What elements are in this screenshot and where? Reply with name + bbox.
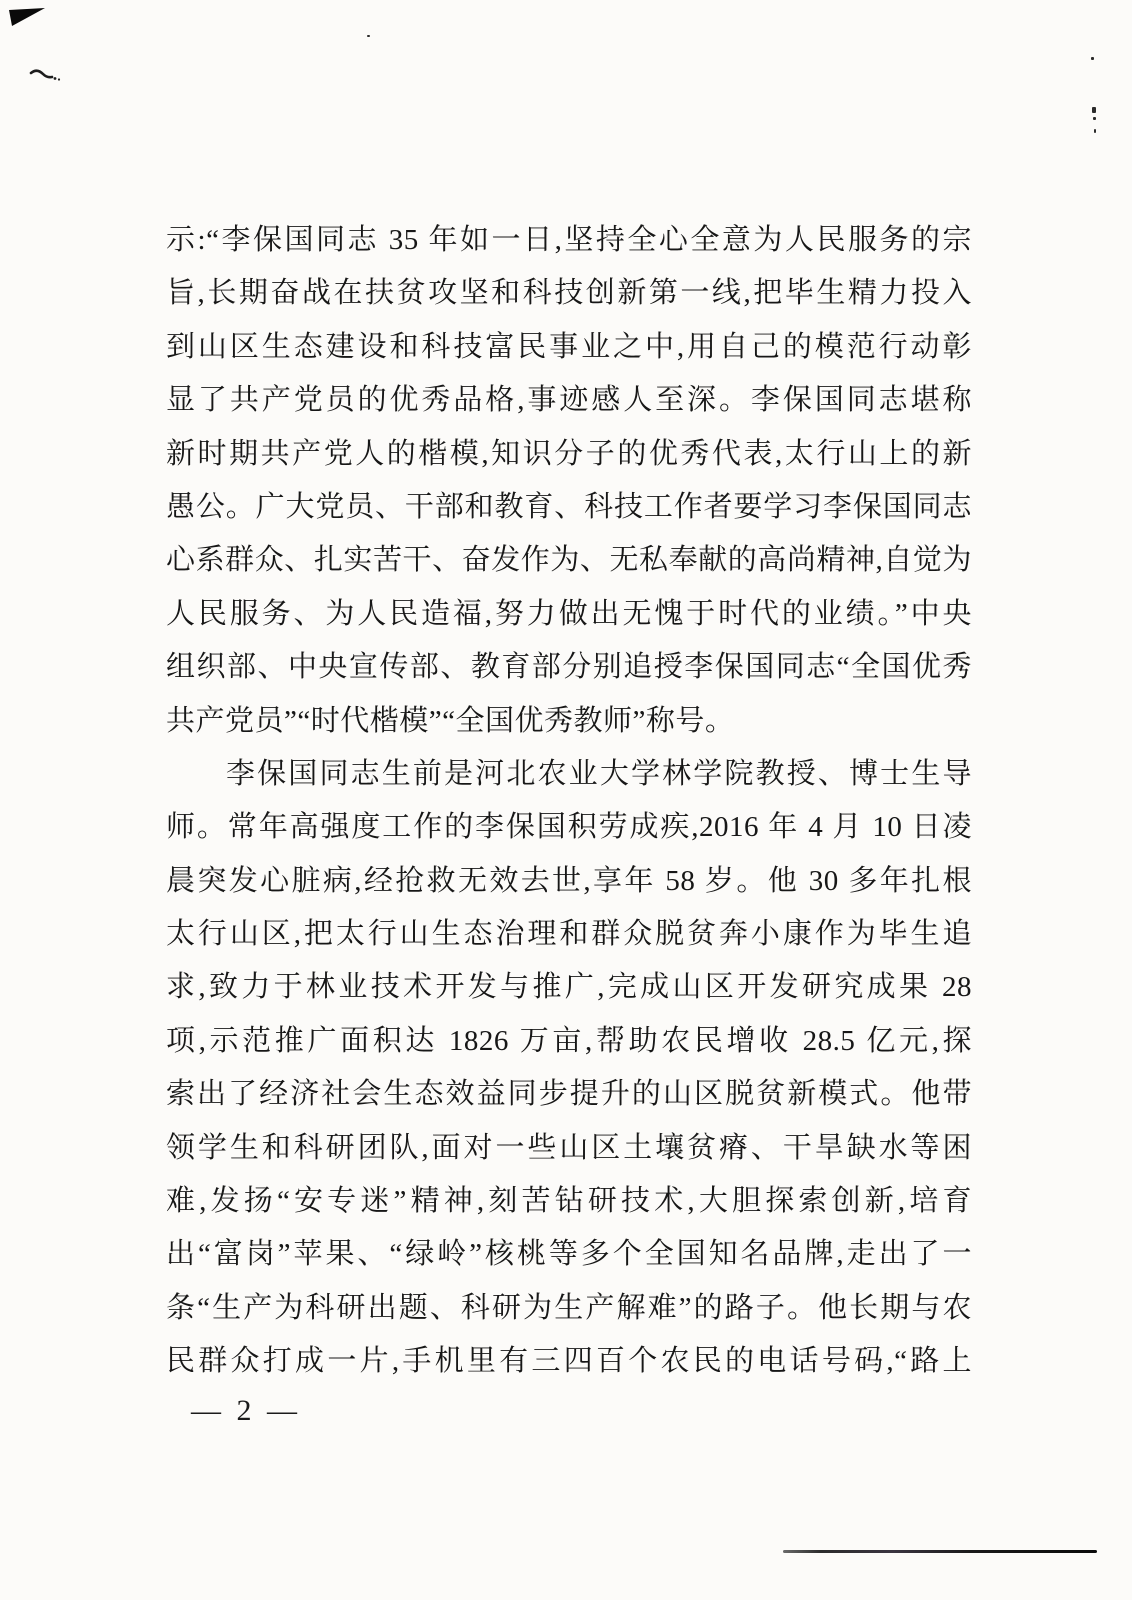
scan-artifact-corner-triangle [0, 0, 60, 32]
text-line: 领学生和科研团队,面对一些山区土壤贫瘠、干旱缺水等困 [166, 1122, 972, 1175]
text-line: 项,示范推广面积达 1826 万亩,帮助农民增收 28.5 亿元,探 [166, 1015, 972, 1068]
paragraph: 李保国同志生前是河北农业大学林学院教授、博士生导师。常年高强度工作的李保国积劳成… [166, 748, 972, 1389]
text-line: 难,发扬“安专迷”精神,刻苦钻研技术,大胆探索创新,培育 [166, 1175, 972, 1228]
text-line: 组织部、中央宣传部、教育部分别追授李保国同志“全国优秀 [166, 641, 972, 694]
text-line: 民群众打成一片,手机里有三四百个农民的电话号码,“路上 [166, 1335, 972, 1388]
text-line: 师。常年高强度工作的李保国积劳成疾,2016 年 4 月 10 日凌 [166, 801, 972, 854]
text-line: 晨突发心脏病,经抢救无效去世,享年 58 岁。他 30 多年扎根 [166, 855, 972, 908]
text-line: 共产党员”“时代楷模”“全国优秀教师”称号。 [166, 695, 972, 748]
text-line: 旨,长期奋战在扶贫攻坚和科技创新第一线,把毕生精力投入 [166, 267, 972, 320]
scan-artifact-bottom-line [783, 1550, 1097, 1553]
text-line: 新时期共产党人的楷模,知识分子的优秀代表,太行山上的新 [166, 428, 972, 481]
scan-speck [1093, 117, 1096, 120]
text-line: 出“富岗”苹果、“绿岭”核桃等多个全国知名品牌,走出了一 [166, 1228, 972, 1281]
scan-speck [1092, 107, 1096, 113]
text-line: 人民服务、为人民造福,努力做出无愧于时代的业绩。”中央 [166, 588, 972, 641]
text-line: 太行山区,把太行山生态治理和群众脱贫奔小康作为毕生追 [166, 908, 972, 961]
text-line: 愚公。广大党员、干部和教育、科技工作者要学习李保国同志 [166, 481, 972, 534]
text-line: 李保国同志生前是河北农业大学林学院教授、博士生导 [166, 748, 972, 801]
document-body: 示:“李保国同志 35 年如一日,坚持全心全意为人民服务的宗旨,长期奋战在扶贫攻… [166, 214, 972, 1389]
scan-speck [367, 35, 370, 37]
paragraph: 示:“李保国同志 35 年如一日,坚持全心全意为人民服务的宗旨,长期奋战在扶贫攻… [166, 214, 972, 748]
scan-speck [1091, 57, 1094, 60]
scan-artifact-pen-mark [28, 62, 68, 88]
text-line: 心系群众、扎实苦干、奋发作为、无私奉献的高尚精神,自觉为 [166, 534, 972, 587]
scan-speck [1094, 129, 1096, 133]
page: 示:“李保国同志 35 年如一日,坚持全心全意为人民服务的宗旨,长期奋战在扶贫攻… [0, 0, 1132, 1600]
text-line: 条“生产为科研出题、科研为生产解难”的路子。他长期与农 [166, 1282, 972, 1335]
text-line: 示:“李保国同志 35 年如一日,坚持全心全意为人民服务的宗 [166, 214, 972, 267]
text-line: 求,致力于林业技术开发与推广,完成山区开发研究成果 28 [166, 961, 972, 1014]
text-line: 索出了经济社会生态效益同步提升的山区脱贫新模式。他带 [166, 1068, 972, 1121]
page-number: — 2 — [191, 1392, 301, 1430]
text-line: 显了共产党员的优秀品格,事迹感人至深。李保国同志堪称 [166, 374, 972, 427]
text-line: 到山区生态建设和科技富民事业之中,用自己的模范行动彰 [166, 321, 972, 374]
